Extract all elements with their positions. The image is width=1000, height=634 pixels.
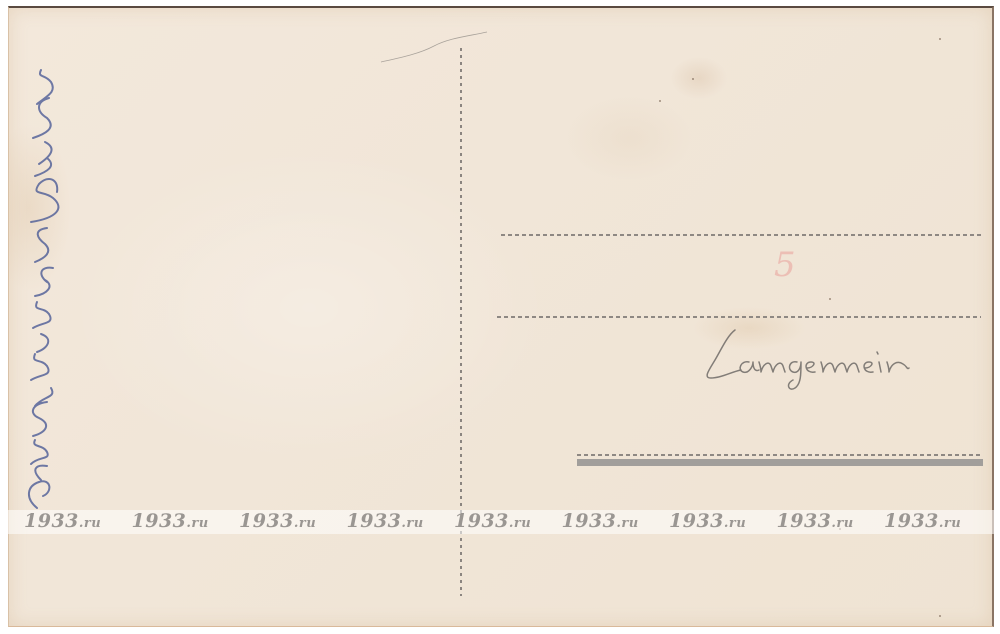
watermark-text: 1933.ru [454,509,562,536]
address-line-3 [577,454,983,456]
watermark-number: 1933 [24,510,79,532]
watermark-suffix: .ru [509,516,531,531]
paper-speck [659,100,661,102]
watermark-text: 1933.ru [562,509,670,536]
handwriting-strokes [17,68,77,518]
watermark-text: 1933.ru [884,509,992,536]
watermark-number: 1933 [562,510,617,532]
paper-speck [939,38,941,40]
watermark-suffix: .ru [79,516,101,531]
paper-speck [829,298,831,300]
watermark-suffix: .ru [401,516,423,531]
watermark-text: 1933.ru [239,509,347,536]
watermark-text: 1933.ru [24,509,132,536]
watermark-number: 1933 [132,510,187,532]
address-line-1 [501,234,983,236]
watermark-band: 1933.ru1933.ru1933.ru1933.ru1933.ru1933.… [8,510,994,534]
pencil-strokes [697,326,917,396]
address-underline-bar [577,459,983,466]
red-number-mark: 5 [774,248,796,282]
watermark-suffix: .ru [616,516,638,531]
watermark-number: 1933 [454,510,509,532]
address-handwriting: Langemeier [697,326,917,396]
watermark-suffix: .ru [831,516,853,531]
paper-crease [379,28,489,68]
watermark-number: 1933 [884,510,939,532]
paper-speck [692,78,694,80]
side-handwriting: Grüße aus Bielefeld [17,68,77,518]
watermark-suffix: .ru [939,516,961,531]
watermark-suffix: .ru [724,516,746,531]
watermark-text: 1933.ru [669,509,777,536]
watermark-text: 1933.ru [347,509,455,536]
watermark-text: 1933.ru [132,509,240,536]
watermark-suffix: .ru [294,516,316,531]
paper-speck [939,615,941,617]
address-line-2 [497,316,981,318]
watermark-number: 1933 [669,510,724,532]
watermark-number: 1933 [777,510,832,532]
watermark-number: 1933 [347,510,402,532]
watermark-text: 1933.ru [777,509,885,536]
watermark-suffix: .ru [186,516,208,531]
watermark-number: 1933 [239,510,294,532]
